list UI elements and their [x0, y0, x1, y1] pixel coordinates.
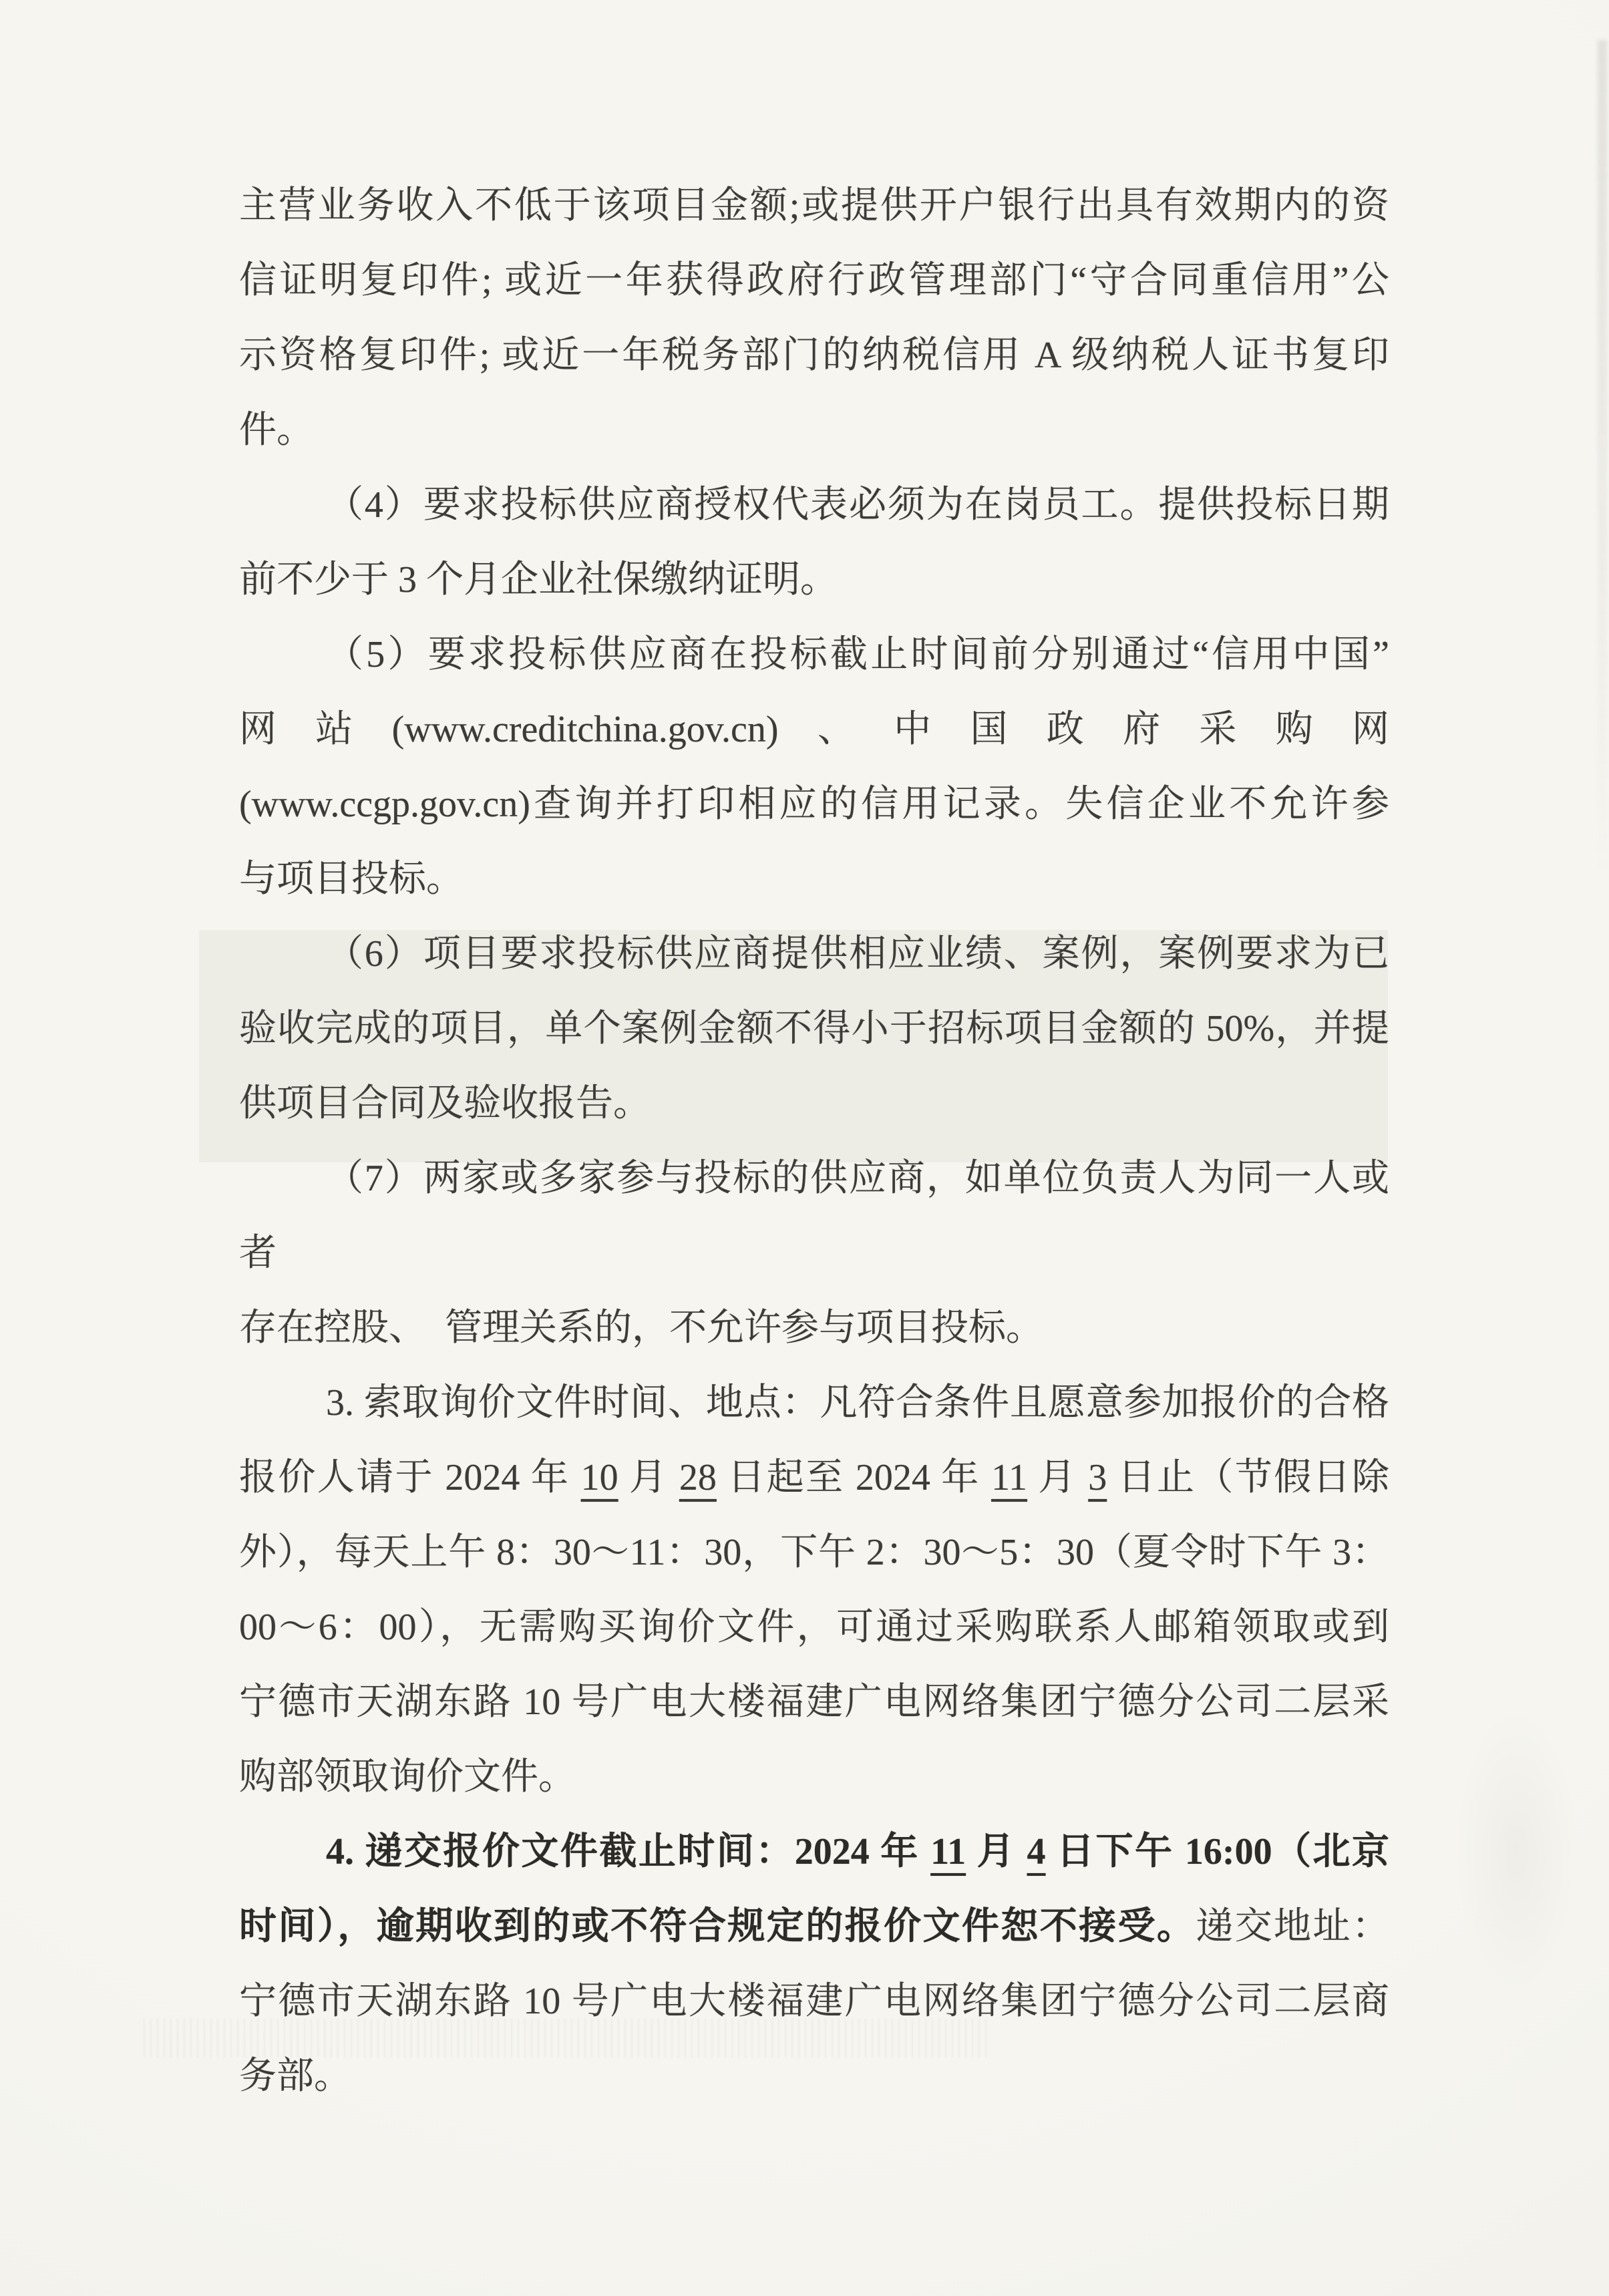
text-line: 存在控股、 管理关系的，不允许参与项目投标。: [239, 1291, 1389, 1365]
text-line: 00～6：00），无需购买询价文件，可通过采购联系人邮箱领取或到: [239, 1590, 1389, 1665]
text-line: (www.ccgp.gov.cn)查询并打印相应的信用记录。失信企业不允许参: [239, 767, 1389, 842]
underlined-date-run: 11: [991, 1457, 1027, 1498]
text-line: 主营业务收入不低于该项目金额;或提供开户银行出具有效期内的资: [239, 168, 1389, 243]
text-line: 4. 递交报价文件截止时间：2024 年 11 月 4 日下午 16:00（北京: [239, 1814, 1389, 1889]
text-run: 外），每天上午 8：30～11：30，下午 2：30～5：30（夏令时下午 3：: [239, 1532, 1389, 1573]
text-run: 月: [966, 1831, 1027, 1872]
scanned-document-page: 主营业务收入不低于该项目金额;或提供开户银行出具有效期内的资信证明复印件; 或近…: [0, 0, 1609, 2296]
text-line: （5）要求投标供应商在投标截止时间前分别通过“信用中国”: [239, 617, 1389, 692]
text-run: 务部。: [239, 2056, 351, 2097]
text-run: 日下午 16:00（北京: [1046, 1831, 1389, 1872]
document-text-block: 主营业务收入不低于该项目金额;或提供开户银行出具有效期内的资信证明复印件; 或近…: [239, 168, 1389, 2114]
text-run: 月: [618, 1457, 679, 1498]
text-line: 报价人请于 2024 年 10 月 28 日起至 2024 年 11 月 3 日…: [239, 1440, 1389, 1515]
text-run: 宁德市天湖东路 10 号广电大楼福建广电网络集团宁德分公司二层采: [239, 1681, 1389, 1723]
text-line: 务部。: [239, 2039, 1389, 2114]
text-line: 购部领取询价文件。: [239, 1740, 1389, 1814]
underlined-date-run: 3: [1088, 1457, 1107, 1498]
text-run: 宁德市天湖东路 10 号广电大楼福建广电网络集团宁德分公司二层商: [239, 1981, 1389, 2022]
text-line: 外），每天上午 8：30～11：30，下午 2：30～5：30（夏令时下午 3：: [239, 1515, 1389, 1590]
scan-artifact: [1456, 1710, 1576, 1991]
underlined-date-run: 28: [679, 1457, 717, 1498]
underlined-date-run: 11: [930, 1831, 966, 1872]
text-run: 供项目合同及验收报告。: [239, 1083, 651, 1124]
text-run: （7）两家或多家参与投标的供应商，如单位负责人为同一人或者: [239, 1158, 1389, 1274]
text-run: 存在控股、 管理关系的，不允许参与项目投标。: [239, 1307, 1043, 1349]
text-line: 示资格复印件; 或近一年税务部门的纳税信用 A 级纳税人证书复印: [239, 318, 1389, 393]
text-run: （4）要求投标供应商授权代表必须为在岗员工。提供投标日期: [326, 484, 1389, 526]
text-run: 示资格复印件; 或近一年税务部门的纳税信用 A 级纳税人证书复印: [239, 335, 1389, 376]
text-line: 宁德市天湖东路 10 号广电大楼福建广电网络集团宁德分公司二层商: [239, 1964, 1389, 2039]
text-line: 时间），逾期收到的或不符合规定的报价文件恕不接受。递交地址：: [239, 1889, 1389, 1964]
text-run: 信证明复印件; 或近一年获得政府行政管理部门“守合同重信用”公: [239, 260, 1389, 301]
text-run: 主营业务收入不低于该项目金额;或提供开户银行出具有效期内的资: [239, 185, 1389, 226]
text-line: （7）两家或多家参与投标的供应商，如单位负责人为同一人或者: [239, 1141, 1389, 1291]
text-run: 购部领取询价文件。: [239, 1756, 576, 1798]
text-line: 前不少于 3 个月企业社保缴纳证明。: [239, 542, 1389, 617]
text-run: 00～6：00），无需购买询价文件，可通过采购联系人邮箱领取或到: [239, 1607, 1389, 1648]
text-line: 宁德市天湖东路 10 号广电大楼福建广电网络集团宁德分公司二层采: [239, 1665, 1389, 1740]
scan-artifact: [1598, 40, 1607, 875]
text-run: 网站(www.creditchina.gov.cn)、中国政府采购网: [239, 709, 1389, 750]
underlined-date-run: 10: [581, 1457, 618, 1498]
text-run: 前不少于 3 个月企业社保缴纳证明。: [239, 559, 838, 601]
text-run: 日止（节假日除: [1107, 1457, 1389, 1498]
text-line: 与项目投标。: [239, 842, 1389, 917]
text-run: 递交地址：: [1196, 1906, 1389, 1947]
text-run: 月: [1027, 1457, 1088, 1498]
text-line: （4）要求投标供应商授权代表必须为在岗员工。提供投标日期: [239, 468, 1389, 542]
text-run: 与项目投标。: [239, 858, 464, 900]
text-run: 件。: [239, 409, 314, 451]
text-run: 验收完成的项目，单个案例金额不得小于招标项目金额的 50%，并提: [239, 1008, 1389, 1049]
underlined-date-run: 4: [1027, 1831, 1046, 1872]
text-run: (www.ccgp.gov.cn)查询并打印相应的信用记录。失信企业不允许参: [239, 784, 1389, 825]
text-line: 3. 索取询价文件时间、地点：凡符合条件且愿意参加报价的合格: [239, 1365, 1389, 1440]
text-run: （6）项目要求投标供应商提供相应业绩、案例，案例要求为已: [326, 933, 1389, 975]
text-line: 验收完成的项目，单个案例金额不得小于招标项目金额的 50%，并提: [239, 991, 1389, 1066]
text-run: （5）要求投标供应商在投标截止时间前分别通过“信用中国”: [326, 634, 1389, 675]
text-line: 供项目合同及验收报告。: [239, 1066, 1389, 1141]
text-line: 网站(www.creditchina.gov.cn)、中国政府采购网: [239, 692, 1389, 767]
text-line: 件。: [239, 393, 1389, 468]
text-run: 时间），逾期收到的或不符合规定的报价文件恕不接受。: [239, 1906, 1196, 1947]
text-run: 报价人请于 2024 年: [239, 1457, 581, 1498]
text-run: 日起至 2024 年: [717, 1457, 991, 1498]
text-run: 3. 索取询价文件时间、地点：凡符合条件且愿意参加报价的合格: [326, 1382, 1389, 1424]
text-line: （6）项目要求投标供应商提供相应业绩、案例，案例要求为已: [239, 917, 1389, 991]
text-run: 4. 递交报价文件截止时间：2024 年: [326, 1831, 930, 1872]
text-line: 信证明复印件; 或近一年获得政府行政管理部门“守合同重信用”公: [239, 243, 1389, 318]
